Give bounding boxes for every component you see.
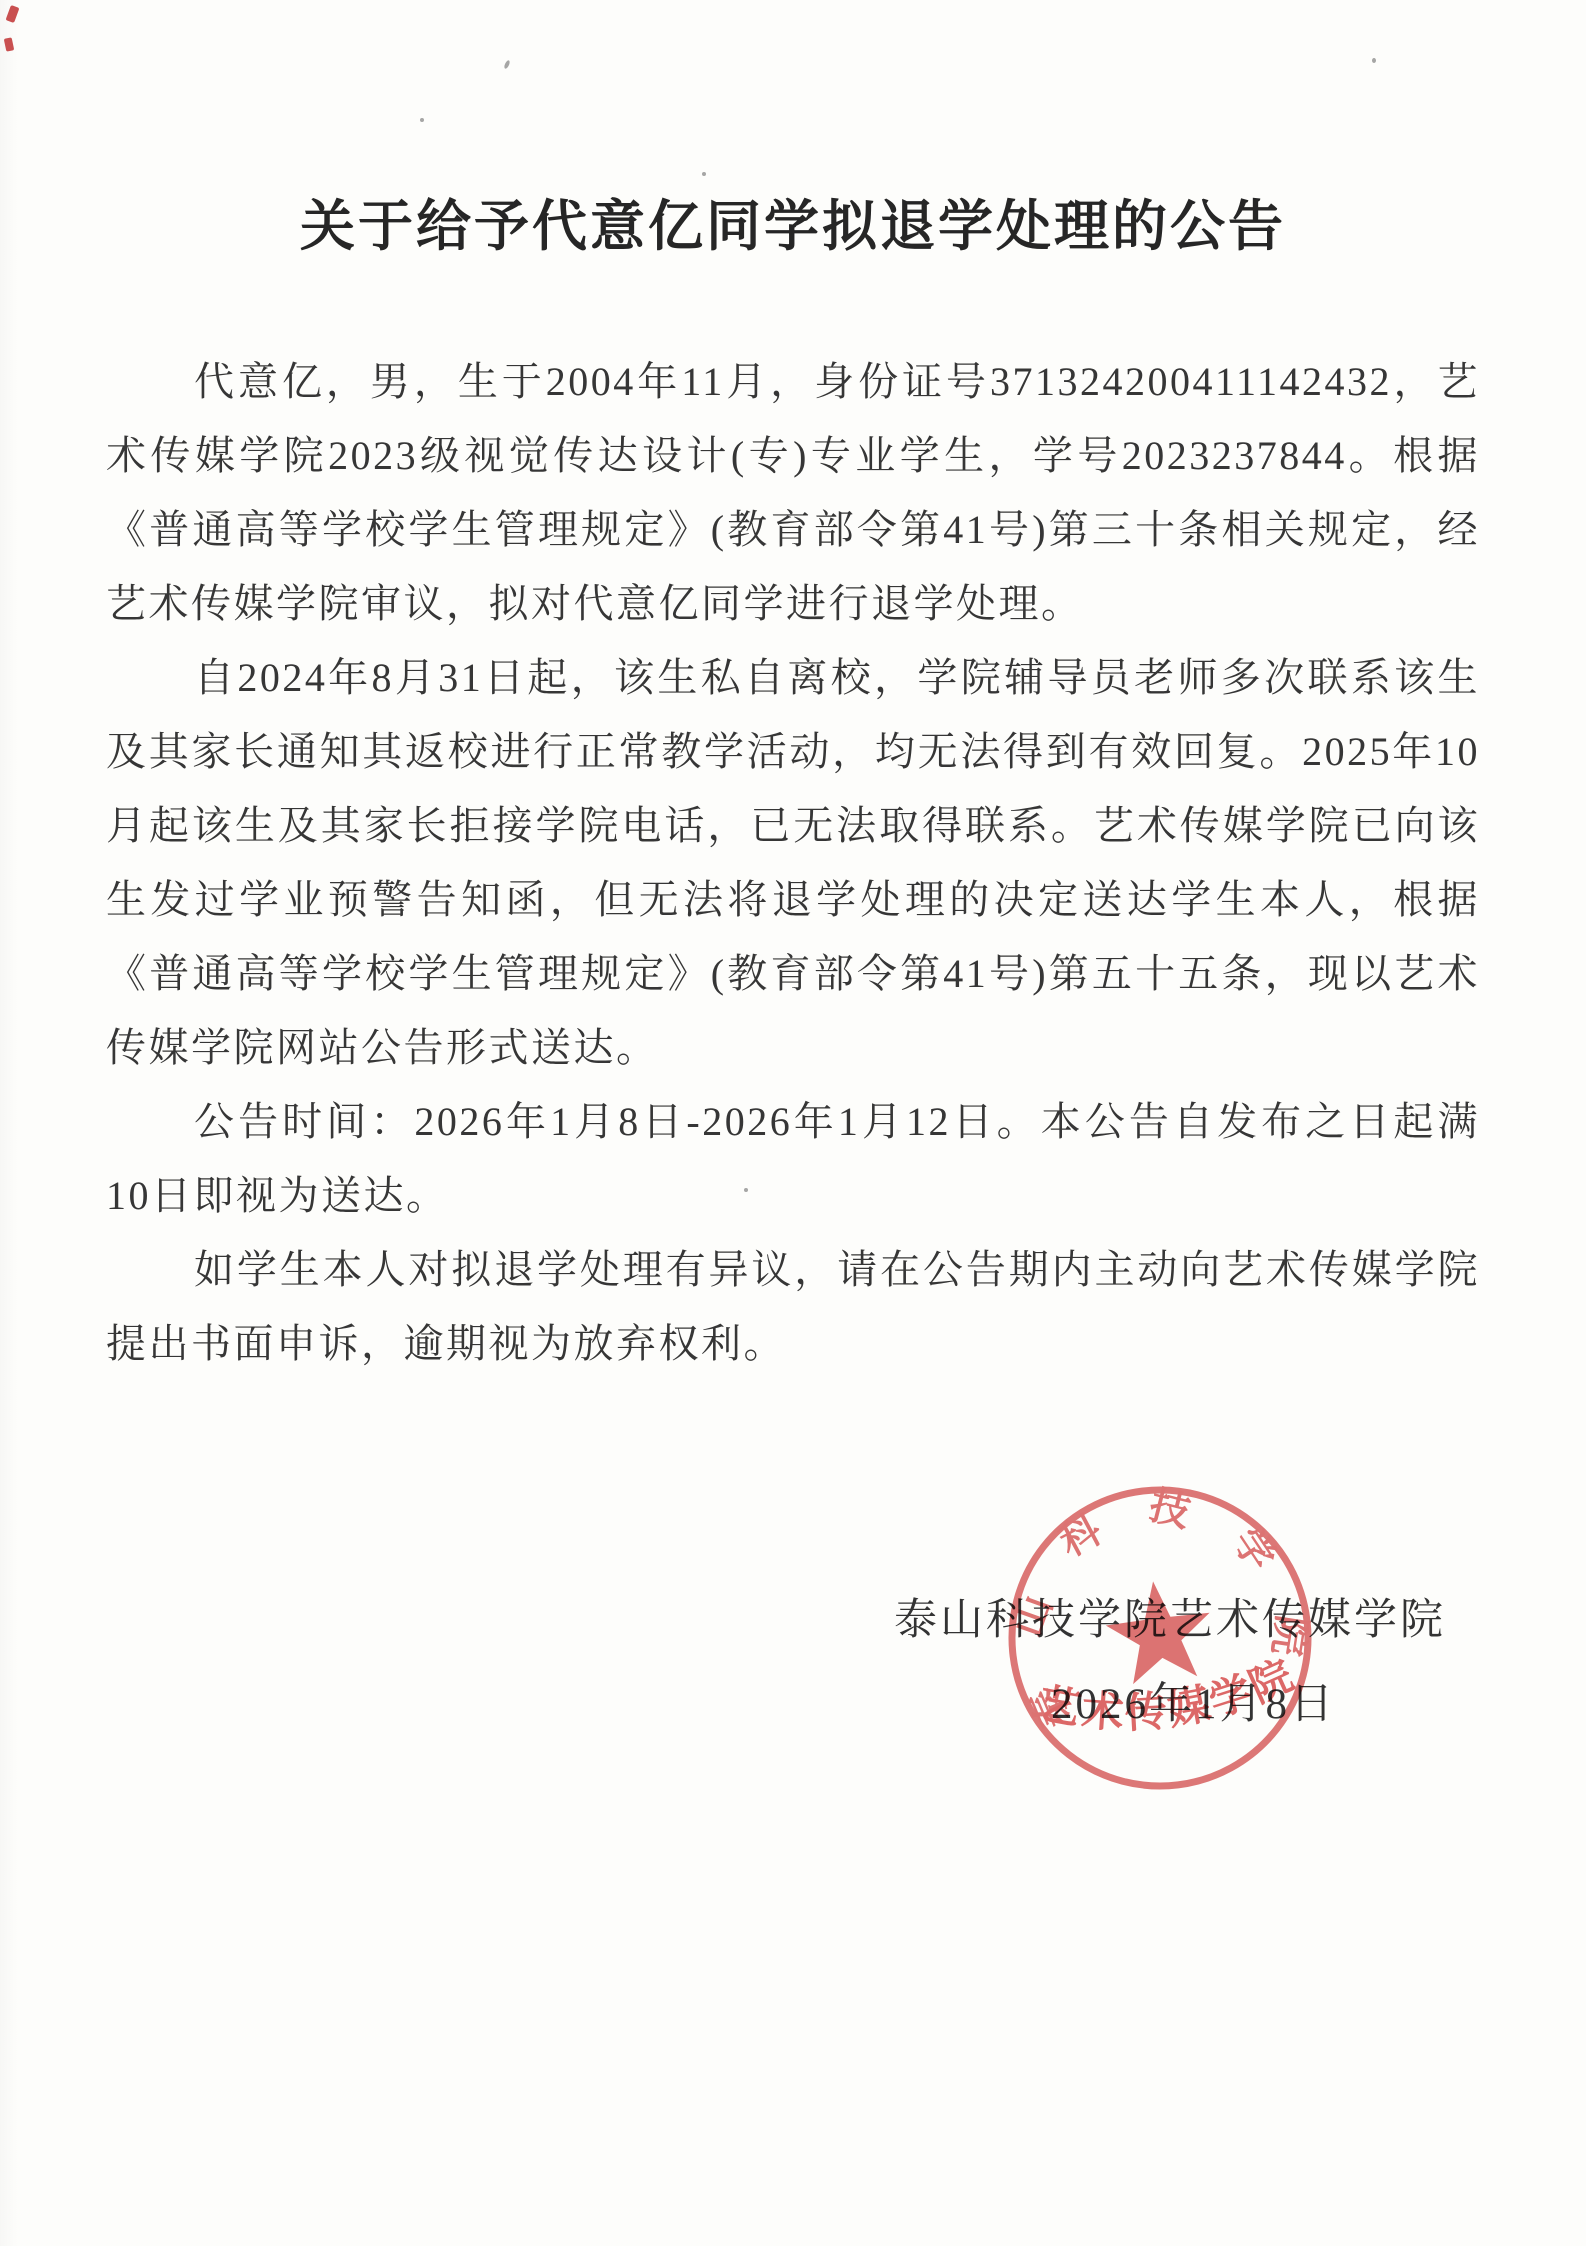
paragraph-student-info: 代意亿，男，生于2004年11月，身份证号371324200411142432，… [106, 345, 1480, 641]
paragraph-reason: 自2024年8月31日起，该生私自离校，学院辅导员老师多次联系该生及其家长通知其… [106, 641, 1480, 1085]
scan-artifact [702, 172, 706, 176]
paragraph-notice-period: 公告时间：2026年1月8日-2026年1月12日。本公告自发布之日起满10日即… [106, 1085, 1480, 1233]
scan-artifact [1372, 58, 1376, 63]
paragraph-appeal: 如学生本人对拟退学处理有异议，请在公告期内主动向艺术传媒学院提出书面申诉，逾期视… [106, 1233, 1480, 1381]
document-body: 代意亿，男，生于2004年11月，身份证号371324200411142432，… [106, 345, 1480, 1381]
signature-date: 2026年1月8日 [1051, 1670, 1336, 1731]
scan-artifact [744, 1188, 748, 1192]
signature-organization: 泰山科技学院艺术传媒学院 [894, 1586, 1446, 1647]
page-title: 关于给予代意亿同学拟退学处理的公告 [0, 0, 1586, 261]
announcement-page: 关于给予代意亿同学拟退学处理的公告 代意亿，男，生于2004年11月，身份证号3… [0, 0, 1586, 2246]
scan-artifact [420, 118, 424, 122]
